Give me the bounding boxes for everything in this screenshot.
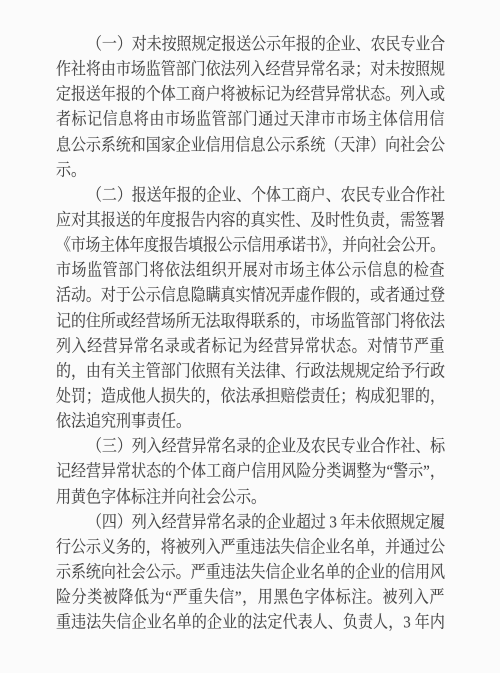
text-line: 重违法失信企业名单的企业的法定代表人、负责人，3 年内 xyxy=(56,610,445,638)
text-line: 处罚；造成他人损失的，依法承担赔偿责任；构成犯罪的， xyxy=(56,383,445,411)
text-line: 列入经营异常名录或者标记为经营异常状态。对情节严重 xyxy=(56,333,445,361)
text-line: 活动。对于公示信息隐瞒真实情况弄虚作假的，或者通过登 xyxy=(56,283,445,311)
text-line: （四）列入经营异常名录的企业超过 3 年未依照规定履 xyxy=(56,509,445,537)
text-line: （一）对未按照规定报送公示年报的企业、农民专业合 xyxy=(56,31,445,59)
paragraph-1: （一）对未按照规定报送公示年报的企业、农民专业合作社将由市场监管部门依法列入经营… xyxy=(56,33,445,184)
text-line: 示系统向社会公示。严重违法失信企业名单的企业的信用风 xyxy=(56,559,445,587)
text-line: 应对其报送的年度报告内容的真实性、及时性负责，需签署 xyxy=(56,207,445,235)
text-line: 的，由有关主管部门依照有关法律、行政法规规定给予行政 xyxy=(56,358,445,386)
text-line: 行公示义务的，将被列入严重违法失信企业名单，并通过公 xyxy=(56,534,445,562)
document-page: （一）对未按照规定报送公示年报的企业、农民专业合作社将由市场监管部门依法列入经营… xyxy=(0,0,500,673)
text-line: 示。 xyxy=(56,157,445,185)
text-line: 记的住所或经营场所无法取得联系的，市场监管部门将依法 xyxy=(56,308,445,336)
text-line: （二）报送年报的企业、个体工商户、农民专业合作社 xyxy=(56,182,445,210)
paragraph-4: （四）列入经营异常名录的企业超过 3 年未依照规定履行公示义务的，将被列入严重违… xyxy=(56,511,445,637)
text-line: 息公示系统和国家企业信用信息公示系统（天津）向社会公 xyxy=(56,132,445,160)
document-text: （一）对未按照规定报送公示年报的企业、农民专业合作社将由市场监管部门依法列入经营… xyxy=(56,33,445,636)
text-line: 记经营异常状态的个体工商户信用风险分类调整为“警示”， xyxy=(56,459,445,487)
text-line: 用黄色字体标注并向社会公示。 xyxy=(56,484,445,512)
paragraph-3: （三）列入经营异常名录的企业及农民专业合作社、标记经营异常状态的个体工商户信用风… xyxy=(56,435,445,510)
paragraph-2: （二）报送年报的企业、个体工商户、农民专业合作社应对其报送的年度报告内容的真实性… xyxy=(56,184,445,435)
text-line: 者标记信息将由市场监管部门通过天津市市场主体信用信 xyxy=(56,107,445,135)
